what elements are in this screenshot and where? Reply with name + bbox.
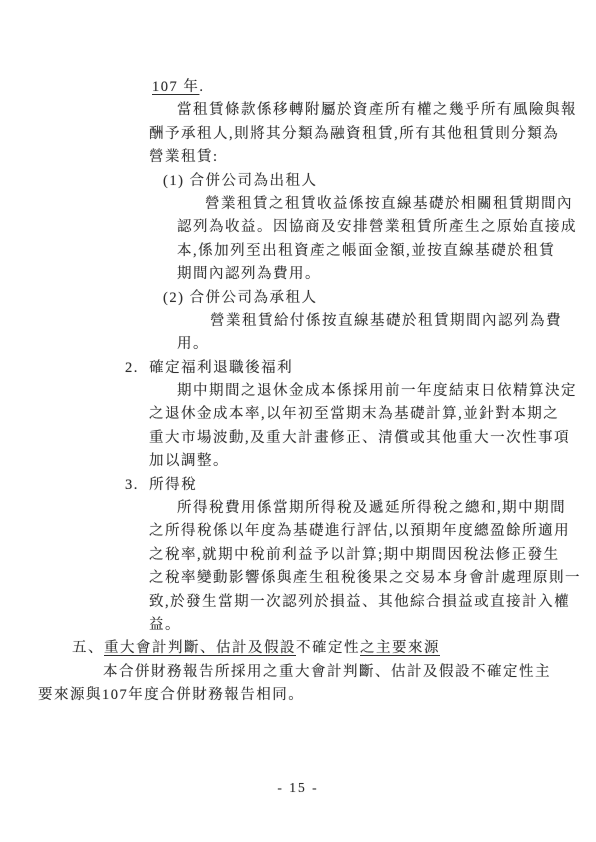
section-5-judgements-heading: 五、重大會計判斷、估計及假設不確定性之主要來源 bbox=[72, 637, 596, 660]
lease-intro-line-1: 當租賃條款係移轉附屬於資產所有權之幾乎所有風險與報 bbox=[177, 99, 596, 122]
judgements-paragraph-line-1: 本合併財務報告所採用之重大會計判斷、估計及假設不確定性主 bbox=[103, 661, 596, 684]
year-reference-line: 107 年. bbox=[152, 76, 596, 99]
list-item-1-lessor-heading: (1) 合併公司為出租人 bbox=[163, 170, 596, 193]
section-5-number-prefix: 五、 bbox=[72, 640, 104, 656]
list-item-2-lessee-heading: (2) 合併公司為承租人 bbox=[163, 287, 596, 310]
income-tax-paragraph-line-5: 致,於發生當期一次認列於損益、其他綜合損益或直接計入權 bbox=[149, 591, 596, 614]
income-tax-paragraph-line-2: 之所得稅係以年度為基礎進行評估,以預期年度總盈餘所適用 bbox=[149, 520, 596, 543]
judgements-paragraph-line-2: 要來源與107年度合併財務報告相同。 bbox=[38, 684, 596, 707]
lessor-paragraph-line-3: 本,係加列至出租資產之帳面金額,並按直線基礎於租賃 bbox=[177, 240, 596, 263]
benefits-paragraph-line-3: 重大市場波動,及重大計畫修正、清償或其他重大一次性事項 bbox=[149, 427, 596, 450]
section-5-underlined-part-2: 之主要來源 bbox=[360, 640, 440, 656]
section-2-benefits-heading: 2. 確定福利退職後福利 bbox=[125, 357, 596, 380]
benefits-paragraph-line-2: 之退休金成本率,以年初至當期末為基礎計算,並針對本期之 bbox=[149, 403, 596, 426]
page-number: - 15 - bbox=[0, 780, 596, 796]
document-body: 107 年. 當租賃條款係移轉附屬於資產所有權之幾乎所有風險與報 酬予承租人,則… bbox=[0, 76, 596, 708]
lessee-paragraph-line-1: 營業租賃給付係按直線基礎於租賃期間內認列為費 bbox=[210, 310, 596, 333]
lessor-paragraph-line-1: 營業租賃之租賃收益係按直線基礎於相關租賃期間內 bbox=[205, 193, 596, 216]
income-tax-paragraph-line-1: 所得稅費用係當期所得稅及遞延所得稅之總和,期中期間 bbox=[177, 497, 596, 520]
lessee-paragraph-line-2: 用。 bbox=[177, 333, 596, 356]
lessor-paragraph-line-4: 期間內認列為費用。 bbox=[177, 263, 596, 286]
lease-intro-line-2: 酬予承租人,則將其分類為融資租賃,所有其他租賃則分類為 bbox=[149, 123, 596, 146]
section-5-plain-part: 不確定性 bbox=[296, 640, 360, 656]
benefits-paragraph-line-4: 加以調整。 bbox=[149, 450, 596, 473]
year-line-period: . bbox=[199, 79, 204, 95]
lease-intro-line-3: 營業租賃: bbox=[149, 146, 596, 169]
lessor-paragraph-line-2: 認列為收益。因協商及安排營業租賃所產生之原始直接成 bbox=[177, 216, 596, 239]
income-tax-paragraph-line-6: 益。 bbox=[149, 614, 596, 637]
document-page: 107 年. 當租賃條款係移轉附屬於資產所有權之幾乎所有風險與報 酬予承租人,則… bbox=[0, 0, 596, 842]
section-3-income-tax-heading: 3. 所得稅 bbox=[125, 474, 596, 497]
section-5-underlined-part-1: 重大會計判斷、估計及假設 bbox=[104, 640, 296, 656]
income-tax-paragraph-line-4: 之稅率變動影響係與產生租稅後果之交易本身會計處理原則一 bbox=[149, 567, 596, 590]
income-tax-paragraph-line-3: 之稅率,就期中稅前利益予以計算;期中期間因稅法修正發生 bbox=[149, 544, 596, 567]
underlined-year-text: 107 年 bbox=[152, 79, 199, 95]
benefits-paragraph-line-1: 期中期間之退休金成本係採用前一年度結束日依精算決定 bbox=[177, 380, 596, 403]
